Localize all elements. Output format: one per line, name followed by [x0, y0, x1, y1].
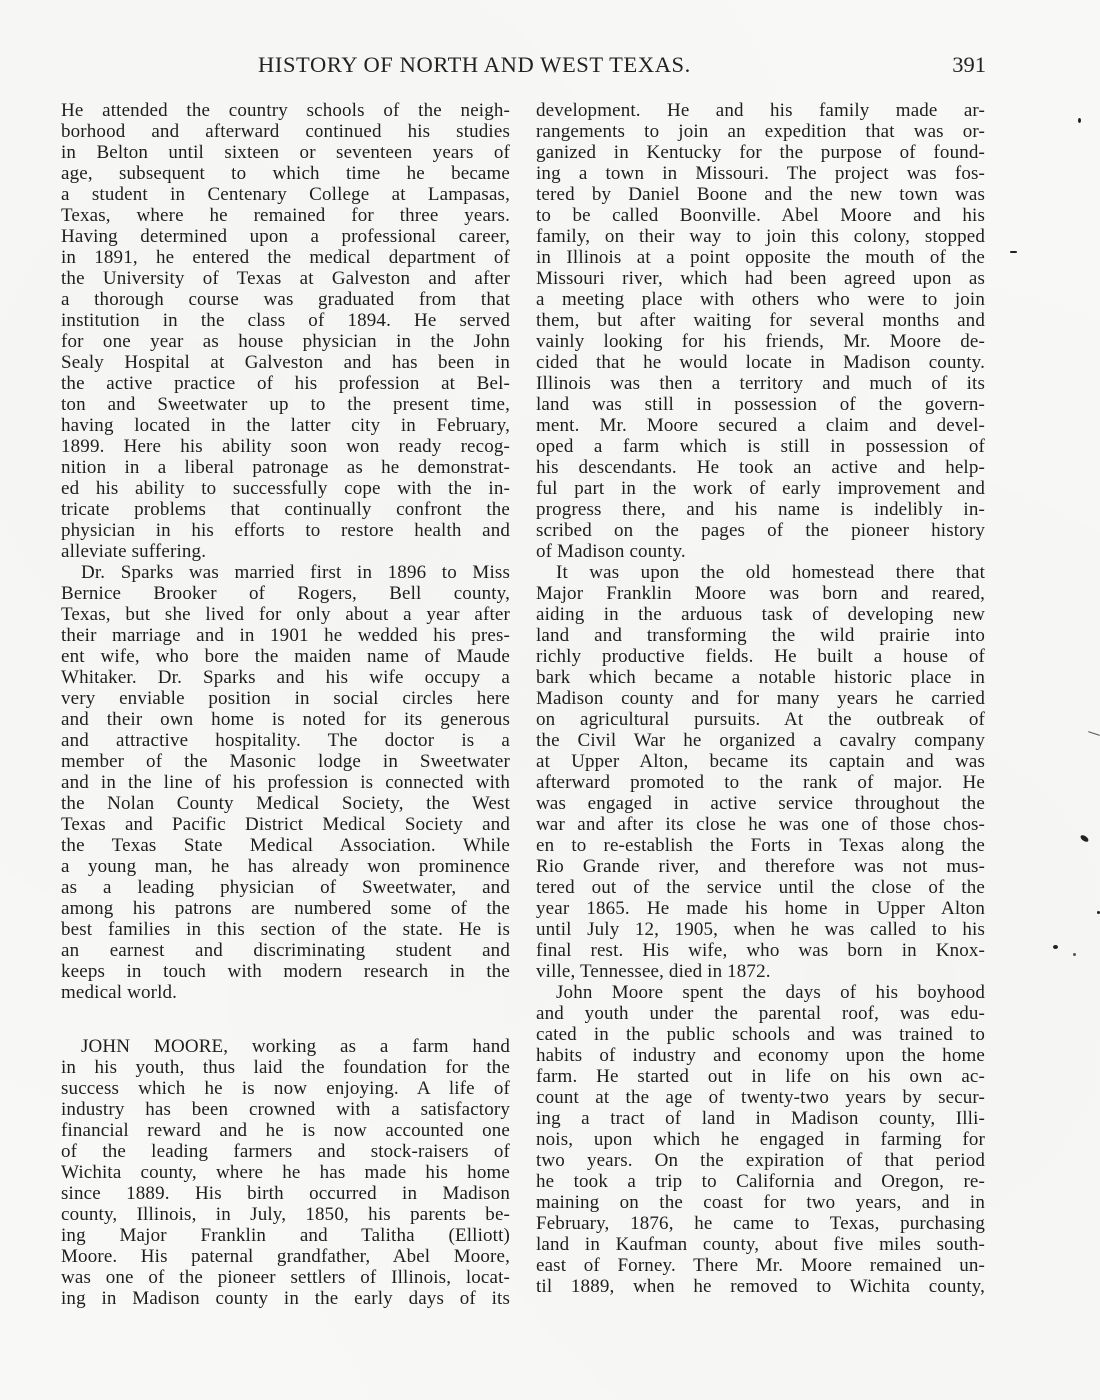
text-line: until July 12, 1905, when he was called … [536, 919, 985, 940]
text-line: ent wife, who bore the maiden name of Ma… [61, 646, 510, 667]
text-line: member of the Masonic lodge in Sweetwate… [61, 751, 510, 772]
text-line: in Illinois at a point opposite the mout… [536, 247, 985, 268]
text-line: year 1865. He made his home in Upper Alt… [536, 898, 985, 919]
text-line: was one of the pioneer settlers of Illin… [61, 1267, 510, 1288]
text-line: alleviate suffering. [61, 541, 510, 562]
text-line: among his patrons are numbered some of t… [61, 898, 510, 919]
text-line: a meeting place with others who were to … [536, 289, 985, 310]
text-line: was engaged in active service throughout… [536, 793, 985, 814]
text-line: land and transforming the wild prairie i… [536, 625, 985, 646]
text-line: war and after its close he was one of th… [536, 814, 985, 835]
text-line: cided that he would locate in Madison co… [536, 352, 985, 373]
text-line: physician in his efforts to restore heal… [61, 520, 510, 541]
section-gap [61, 1024, 510, 1036]
text-line: tered out of the service until the close… [536, 877, 985, 898]
text-line: ing a town in Missouri. The project was … [536, 163, 985, 184]
book-page: HISTORY OF NORTH AND WEST TEXAS. 391 He … [0, 0, 1100, 1400]
section-gap [61, 1003, 510, 1024]
text-line: two years. On the expiration of that per… [536, 1150, 985, 1171]
text-line: the Civil War he organized a cavalry com… [536, 730, 985, 751]
text-line: their marriage and in 1901 he wedded his… [61, 625, 510, 646]
text-line: richly productive fields. He built a hou… [536, 646, 985, 667]
text-line: borhood and afterward continued his stud… [61, 121, 510, 142]
text-line: ed his ability to successfully cope with… [61, 478, 510, 499]
text-line: county, Illinois, in July, 1850, his par… [61, 1204, 510, 1225]
text-line: as a leading physician of Sweetwater, an… [61, 877, 510, 898]
text-line: bark which became a notable historic pla… [536, 667, 985, 688]
text-line: rangements to join an expedition that wa… [536, 121, 985, 142]
text-line: til 1889, when he removed to Wichita cou… [536, 1276, 985, 1297]
text-line: a student in Centenary College at Lampas… [61, 184, 510, 205]
text-line: cated in the public schools and was trai… [536, 1024, 985, 1045]
paragraph-john-moore-intro: JOHN MOORE, working as a farm hand in hi… [61, 1036, 510, 1309]
text-line: ful part in the work of early improvemen… [536, 478, 985, 499]
text-line: and their own home is noted for its gene… [61, 709, 510, 730]
text-line: Sealy Hospital at Galveston and has been… [61, 352, 510, 373]
text-line: in his youth, thus laid the foundation f… [61, 1057, 510, 1078]
paragraph-abel-moore: development. He and his family made ar- … [536, 100, 985, 562]
text-line: ton and Sweetwater up to the present tim… [61, 394, 510, 415]
text-line: the Texas State Medical Association. Whi… [61, 835, 510, 856]
text-line: industry has been crowned with a satisfa… [61, 1099, 510, 1120]
text-line: nois, upon which he engaged in farming f… [536, 1129, 985, 1150]
text-line: oped a farm which is still in possession… [536, 436, 985, 457]
scan-speck [1010, 251, 1017, 253]
text-line: ganized in Kentucky for the purpose of f… [536, 142, 985, 163]
text-line: in Belton until sixteen or seventeen yea… [61, 142, 510, 163]
text-line: final rest. His wife, who was born in Kn… [536, 940, 985, 961]
scan-speck [1088, 731, 1100, 736]
text-line: development. He and his family made ar- [536, 100, 985, 121]
text-line: Wichita county, where he has made his ho… [61, 1162, 510, 1183]
text-line: age, subsequent to which time he became [61, 163, 510, 184]
text-line: he took a trip to California and Oregon,… [536, 1171, 985, 1192]
text-line: progress there, and his name is indelibl… [536, 499, 985, 520]
text-line: to be called Boonville. Abel Moore and h… [536, 205, 985, 226]
text-line: family, on their way to join this colony… [536, 226, 985, 247]
text-line: en to re-establish the Forts in Texas al… [536, 835, 985, 856]
text-line: the active practice of his profession at… [61, 373, 510, 394]
text-line: Major Franklin Moore was born and reared… [536, 583, 985, 604]
scan-speck [1078, 118, 1081, 123]
left-column: He attended the country schools of the n… [61, 100, 510, 1309]
text-line: It was upon the old homestead there that [536, 562, 985, 583]
text-line: ville, Tennessee, died in 1872. [536, 961, 985, 982]
text-line: 1899. Here his ability soon won ready re… [61, 436, 510, 457]
text-line: Missouri river, which had been agreed up… [536, 268, 985, 289]
paragraph-sparks-marriage: Dr. Sparks was married first in 1896 to … [61, 562, 510, 1003]
text-line: February, 1876, he came to Texas, purcha… [536, 1213, 985, 1234]
page-number: 391 [952, 52, 986, 78]
paragraph-john-moore-career: John Moore spent the days of his boyhood… [536, 982, 985, 1297]
text-line: his descendants. He took an active and h… [536, 457, 985, 478]
text-line: of Madison county. [536, 541, 985, 562]
text-line: Moore. His paternal grandfather, Abel Mo… [61, 1246, 510, 1267]
scan-speck [1053, 945, 1058, 949]
running-header: HISTORY OF NORTH AND WEST TEXAS. 391 [258, 52, 988, 82]
text-line: ment. Mr. Moore secured a claim and deve… [536, 415, 985, 436]
text-line: medical world. [61, 982, 510, 1003]
text-line: scribed on the pages of the pioneer hist… [536, 520, 985, 541]
text-line: best families in this section of the sta… [61, 919, 510, 940]
text-line: Whitaker. Dr. Sparks and his wife occupy… [61, 667, 510, 688]
text-line: aiding in the arduous task of developing… [536, 604, 985, 625]
text-line: Illinois was then a territory and much o… [536, 373, 985, 394]
text-line: and youth under the parental roof, was e… [536, 1003, 985, 1024]
text-line: maining on the coast for two years, and … [536, 1192, 985, 1213]
text-line: Dr. Sparks was married first in 1896 to … [61, 562, 510, 583]
text-line: nition in a liberal patronage as he demo… [61, 457, 510, 478]
text-line: tricate problems that continually confro… [61, 499, 510, 520]
text-line: Bernice Brooker of Rogers, Bell county, [61, 583, 510, 604]
text-line: in 1891, he entered the medical departme… [61, 247, 510, 268]
text-line: and attractive hospitality. The doctor i… [61, 730, 510, 751]
text-line: success which he is now enjoying. A life… [61, 1078, 510, 1099]
text-line: afterward promoted to the rank of major.… [536, 772, 985, 793]
text-line: east of Forney. There Mr. Moore remained… [536, 1255, 985, 1276]
text-line: very enviable position in social circles… [61, 688, 510, 709]
text-line: a thorough course was graduated from tha… [61, 289, 510, 310]
text-line: on agricultural pursuits. At the outbrea… [536, 709, 985, 730]
text-line: having located in the latter city in Feb… [61, 415, 510, 436]
text-line: ing Major Franklin and Talitha (Elliott) [61, 1225, 510, 1246]
text-line: financial reward and he is now accounted… [61, 1120, 510, 1141]
text-line: ing a tract of land in Madison county, I… [536, 1108, 985, 1129]
text-line: since 1889. His birth occurred in Madiso… [61, 1183, 510, 1204]
paragraph-major-franklin-moore: It was upon the old homestead there that… [536, 562, 985, 982]
text-line: the Nolan County Medical Society, the We… [61, 793, 510, 814]
text-line: Having determined upon a professional ca… [61, 226, 510, 247]
text-line: JOHN MOORE, working as a farm hand [61, 1036, 510, 1057]
right-column: development. He and his family made ar- … [536, 100, 985, 1297]
paragraph-sparks-education: He attended the country schools of the n… [61, 100, 510, 562]
text-line: John Moore spent the days of his boyhood [536, 982, 985, 1003]
text-line: Rio Grande river, and therefore was not … [536, 856, 985, 877]
text-line: an earnest and discriminating student an… [61, 940, 510, 961]
text-line: Madison county and for many years he car… [536, 688, 985, 709]
text-line: He attended the country schools of the n… [61, 100, 510, 121]
running-title: HISTORY OF NORTH AND WEST TEXAS. [258, 52, 691, 78]
text-line: institution in the class of 1894. He ser… [61, 310, 510, 331]
text-line: vainly looking for his friends, Mr. Moor… [536, 331, 985, 352]
text-line: ing in Madison county in the early days … [61, 1288, 510, 1309]
text-line: Texas, but she lived for only about a ye… [61, 604, 510, 625]
text-line: the University of Texas at Galveston and… [61, 268, 510, 289]
text-line: Texas and Pacific District Medical Socie… [61, 814, 510, 835]
scan-speck [1073, 953, 1076, 956]
text-line: Texas, where he remained for three years… [61, 205, 510, 226]
text-line: habits of industry and economy upon the … [536, 1045, 985, 1066]
text-line: and in the line of his profession is con… [61, 772, 510, 793]
text-line: them, but after waiting for several mont… [536, 310, 985, 331]
text-line: tered by Daniel Boone and the new town w… [536, 184, 985, 205]
text-line: land in Kaufman county, about five miles… [536, 1234, 985, 1255]
text-line: land was still in possession of the gove… [536, 394, 985, 415]
text-line: of the leading farmers and stock-raisers… [61, 1141, 510, 1162]
text-line: keeps in touch with modern research in t… [61, 961, 510, 982]
text-line: at Upper Alton, became its captain and w… [536, 751, 985, 772]
text-line: a young man, he has already won prominen… [61, 856, 510, 877]
text-line: count at the age of twenty-two years by … [536, 1087, 985, 1108]
text-line: for one year as house physician in the J… [61, 331, 510, 352]
scan-speck [1079, 834, 1089, 843]
text-line: farm. He started out in life on his own … [536, 1066, 985, 1087]
